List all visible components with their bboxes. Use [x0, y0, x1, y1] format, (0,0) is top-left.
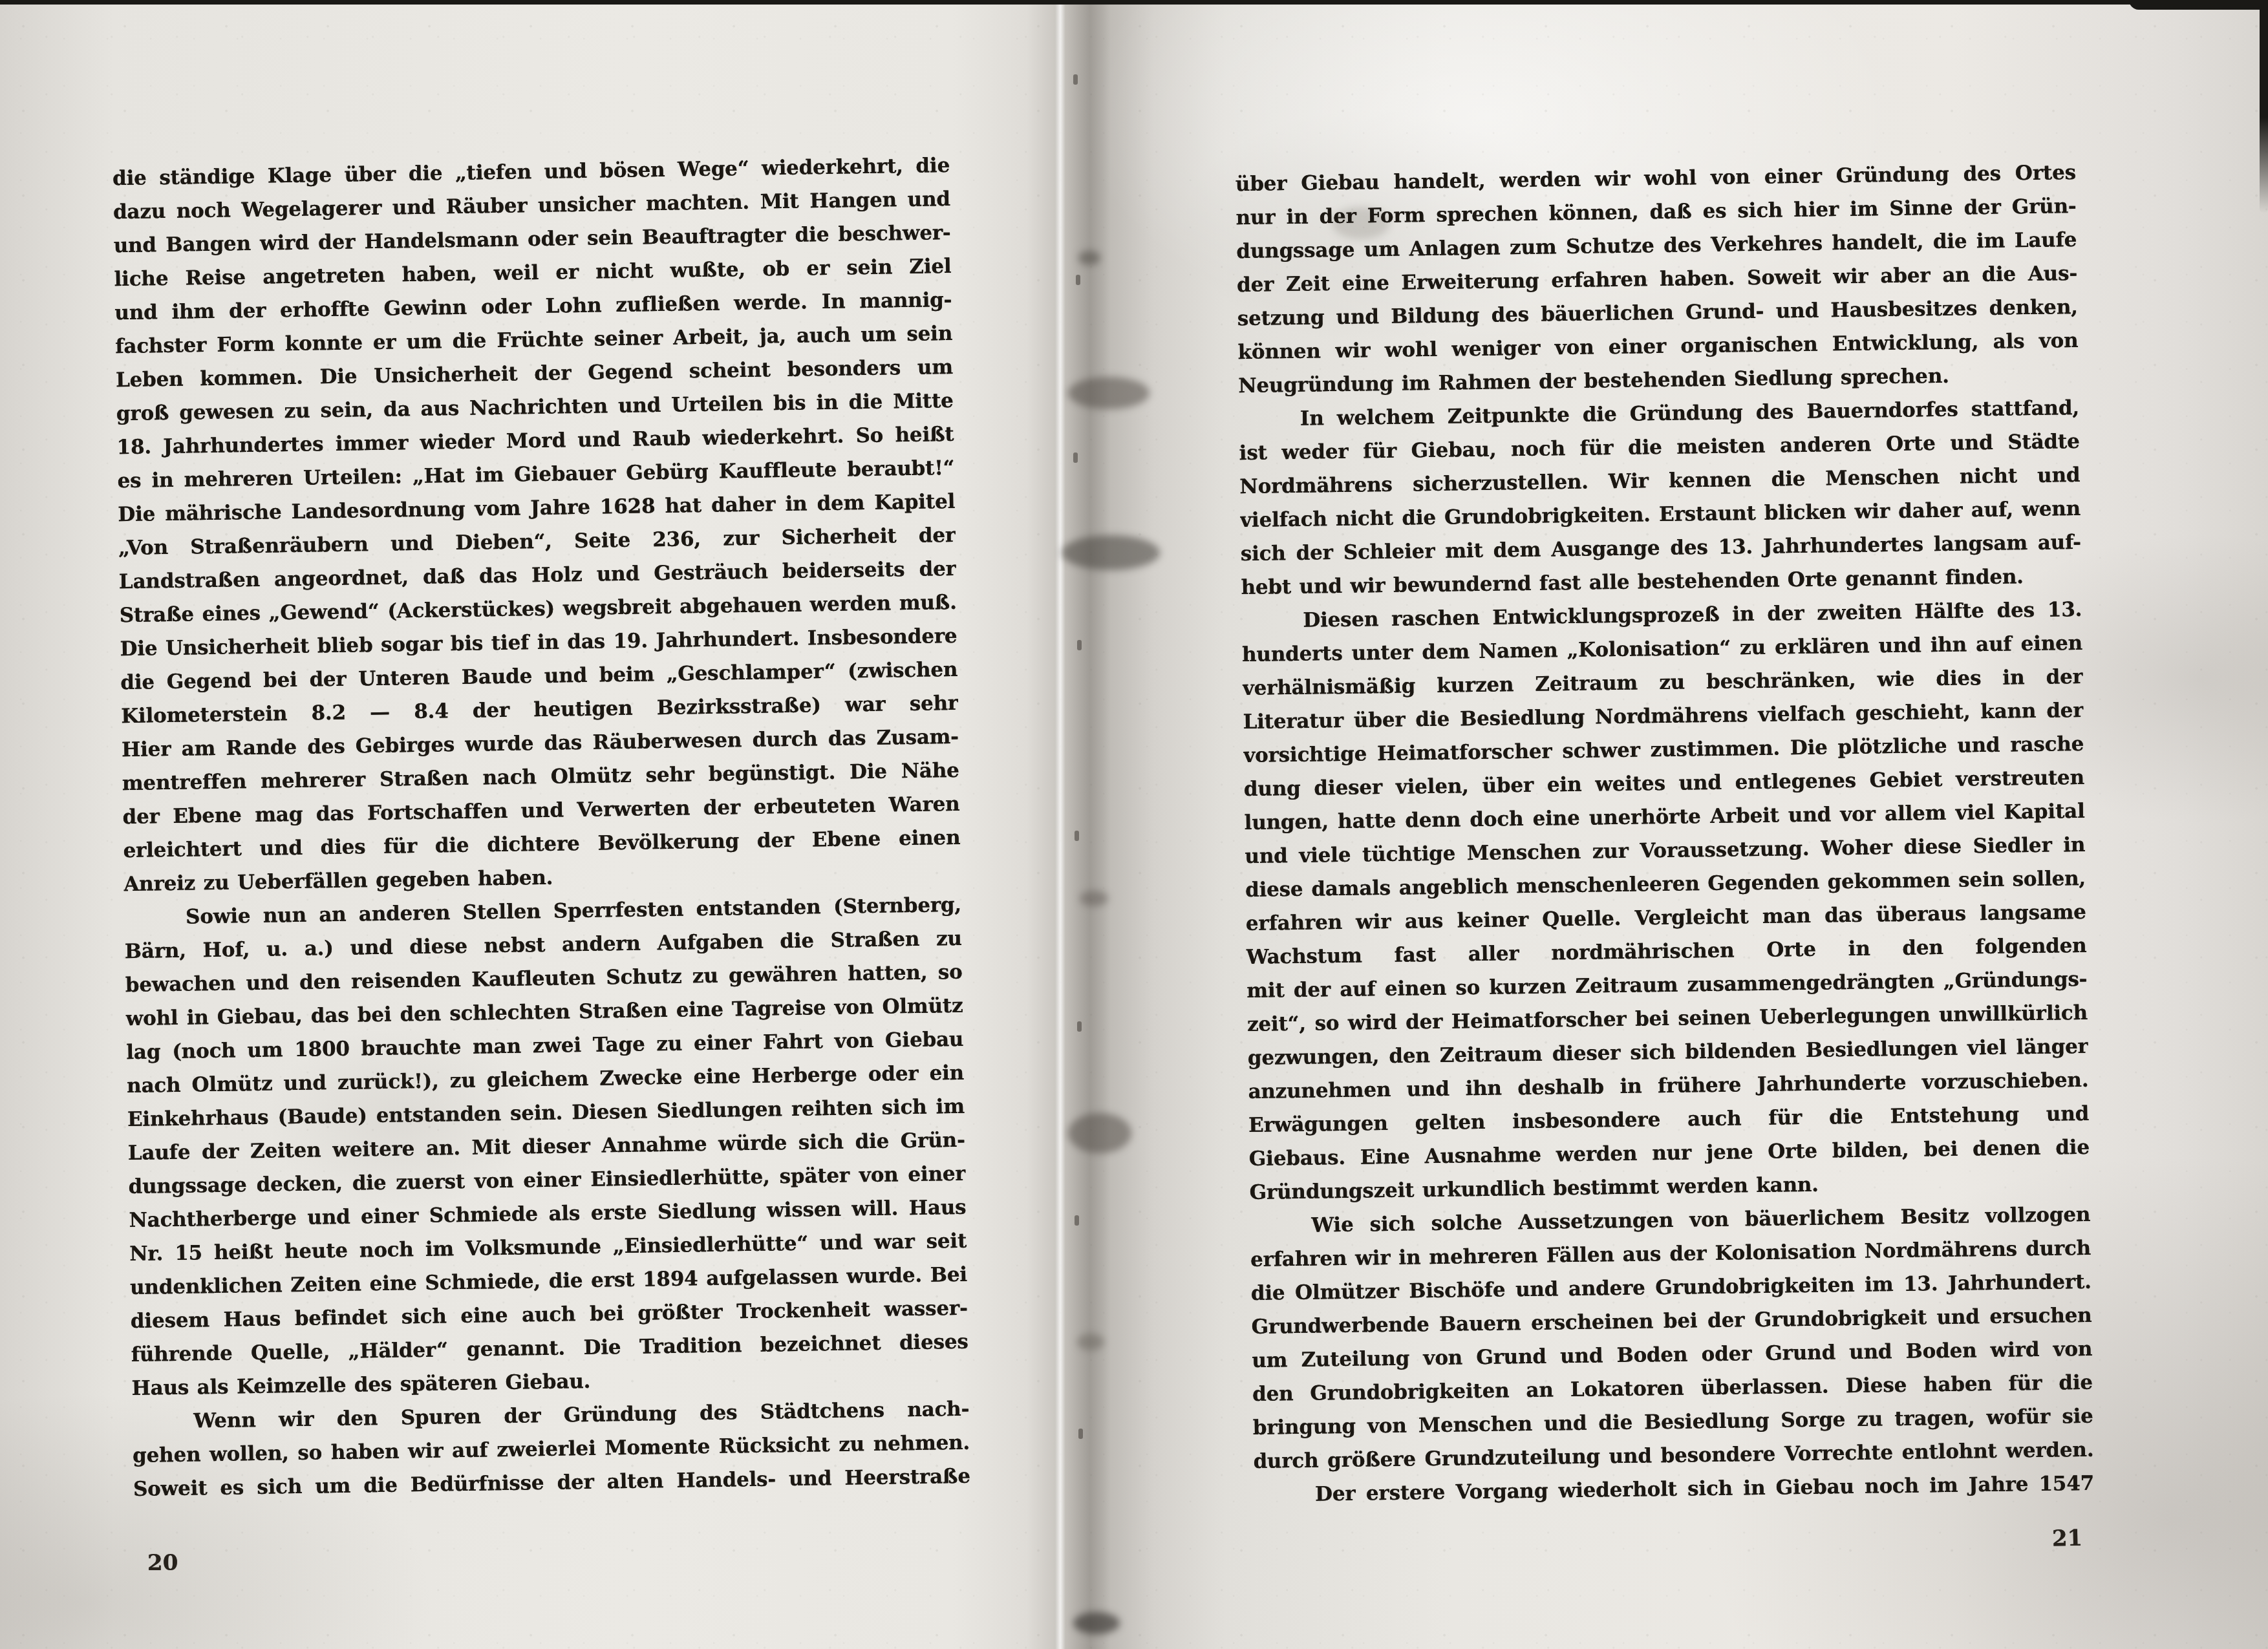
- binding-stitch: [1075, 1215, 1079, 1226]
- binding-stitch: [1073, 452, 1078, 463]
- binding-stitch: [1073, 74, 1078, 85]
- scan-top-edge: [0, 0, 2268, 5]
- text-column-right: über Giebau handelt, werden wir wohl von…: [1236, 156, 2095, 1512]
- text-column-left: die ständige Klage über die „tiefen und …: [112, 149, 971, 1506]
- scan-top-right-edge: [2129, 0, 2268, 10]
- ink-smudge: [1062, 535, 1160, 570]
- ink-smudge: [1073, 1612, 1120, 1634]
- ink-smudge: [1068, 1113, 1131, 1153]
- book-scan: { "colors": { "paper": "#e8e6e1", "ink":…: [0, 0, 2268, 1649]
- binding-stitch: [1078, 1429, 1083, 1439]
- binding-stitch: [1076, 275, 1080, 285]
- gutter-fold-highlight: [1055, 0, 1065, 1649]
- binding-stitch: [1077, 1021, 1082, 1032]
- ink-smudge: [1080, 891, 1108, 906]
- book-gutter-shadow: [1027, 0, 1153, 1649]
- page-number-right: 21: [2052, 1526, 2083, 1552]
- page-number-left: 20: [147, 1550, 178, 1576]
- ink-smudge: [1078, 251, 1100, 265]
- binding-stitch: [1075, 831, 1079, 841]
- ink-smudge: [1077, 1334, 1104, 1350]
- binding-stitch: [1077, 640, 1082, 650]
- scan-right-edge: [2260, 0, 2268, 213]
- ink-smudge: [1068, 377, 1150, 409]
